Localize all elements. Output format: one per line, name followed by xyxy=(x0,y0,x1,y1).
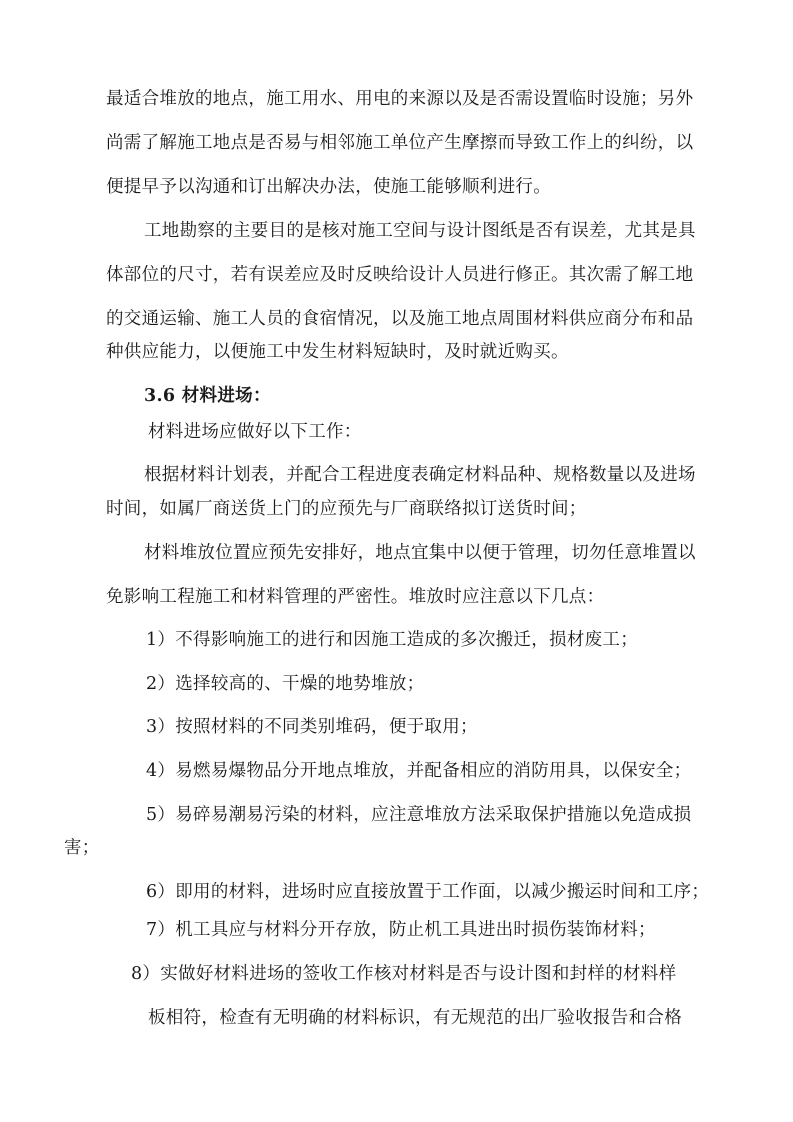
paragraph-line: 时间，如属厂商送货上门的应预先与厂商联络拟订送货时间； xyxy=(106,497,587,521)
list-item: 8）实做好材料进场的签收工作核对材料是否与设计图和封样的材料样 xyxy=(131,962,676,986)
paragraph-line: 便提早予以沟通和订出解决办法，使施工能够顺利进行。 xyxy=(106,175,551,199)
list-item: 3）按照材料的不同类别堆码，便于取用； xyxy=(146,715,478,739)
paragraph-line: 尚需了解施工地点是否易与相邻施工单位产生摩擦而导致工作上的纠纷，以 xyxy=(106,131,693,155)
list-item: 4）易燃易爆物品分开地点堆放，并配备相应的消防用具，以保安全； xyxy=(146,759,691,783)
list-item-continuation: 板相符，检查有无明确的材料标识，有无规范的出厂验收报告和合格 xyxy=(148,1006,682,1030)
list-item: 2）选择较高的、干燥的地势堆放； xyxy=(146,672,424,696)
intro-line: 材料进场应做好以下工作： xyxy=(148,420,362,444)
paragraph-line: 工地勘察的主要目的是核对施工空间与设计图纸是否有误差，尤其是具 xyxy=(144,219,696,243)
paragraph-line: 根据材料计划表，并配合工程进度表确定材料品种、规格数量以及进场 xyxy=(144,463,696,487)
paragraph-line: 免影响工程施工和材料管理的严密性。堆放时应注意以下几点： xyxy=(106,585,604,609)
paragraph-line: 种供应能力，以便施工中发生材料短缺时，及时就近购买。 xyxy=(106,340,569,364)
paragraph-line: 材料堆放位置应预先安排好，地点宜集中以便于管理，切勿任意堆置以 xyxy=(144,541,696,565)
paragraph-line: 的交通运输、施工人员的食宿情况，以及施工地点周围材料供应商分布和品 xyxy=(106,307,693,331)
paragraph-line: 最适合堆放的地点，施工用水、用电的来源以及是否需设置临时设施；另外 xyxy=(106,87,693,111)
list-item: 7）机工具应与材料分开存放，防止机工具进出时损伤装饰材料； xyxy=(146,918,656,942)
list-item: 5）易碎易潮易污染的材料，应注意堆放方法采取保护措施以免造成损 xyxy=(146,803,691,827)
list-item: 6）即用的材料，进场时应直接放置于工作面，以减少搬运时间和工序； xyxy=(146,880,709,904)
list-item: 1）不得影响施工的进行和因施工造成的多次搬迁，损材废工； xyxy=(146,628,638,652)
section-heading: 3.6 材料进场： xyxy=(144,384,271,408)
paragraph-line: 体部位的尺寸，若有误差应及时反映给设计人员进行修正。其次需了解工地 xyxy=(106,263,693,287)
list-item-continuation: 害； xyxy=(64,836,100,860)
